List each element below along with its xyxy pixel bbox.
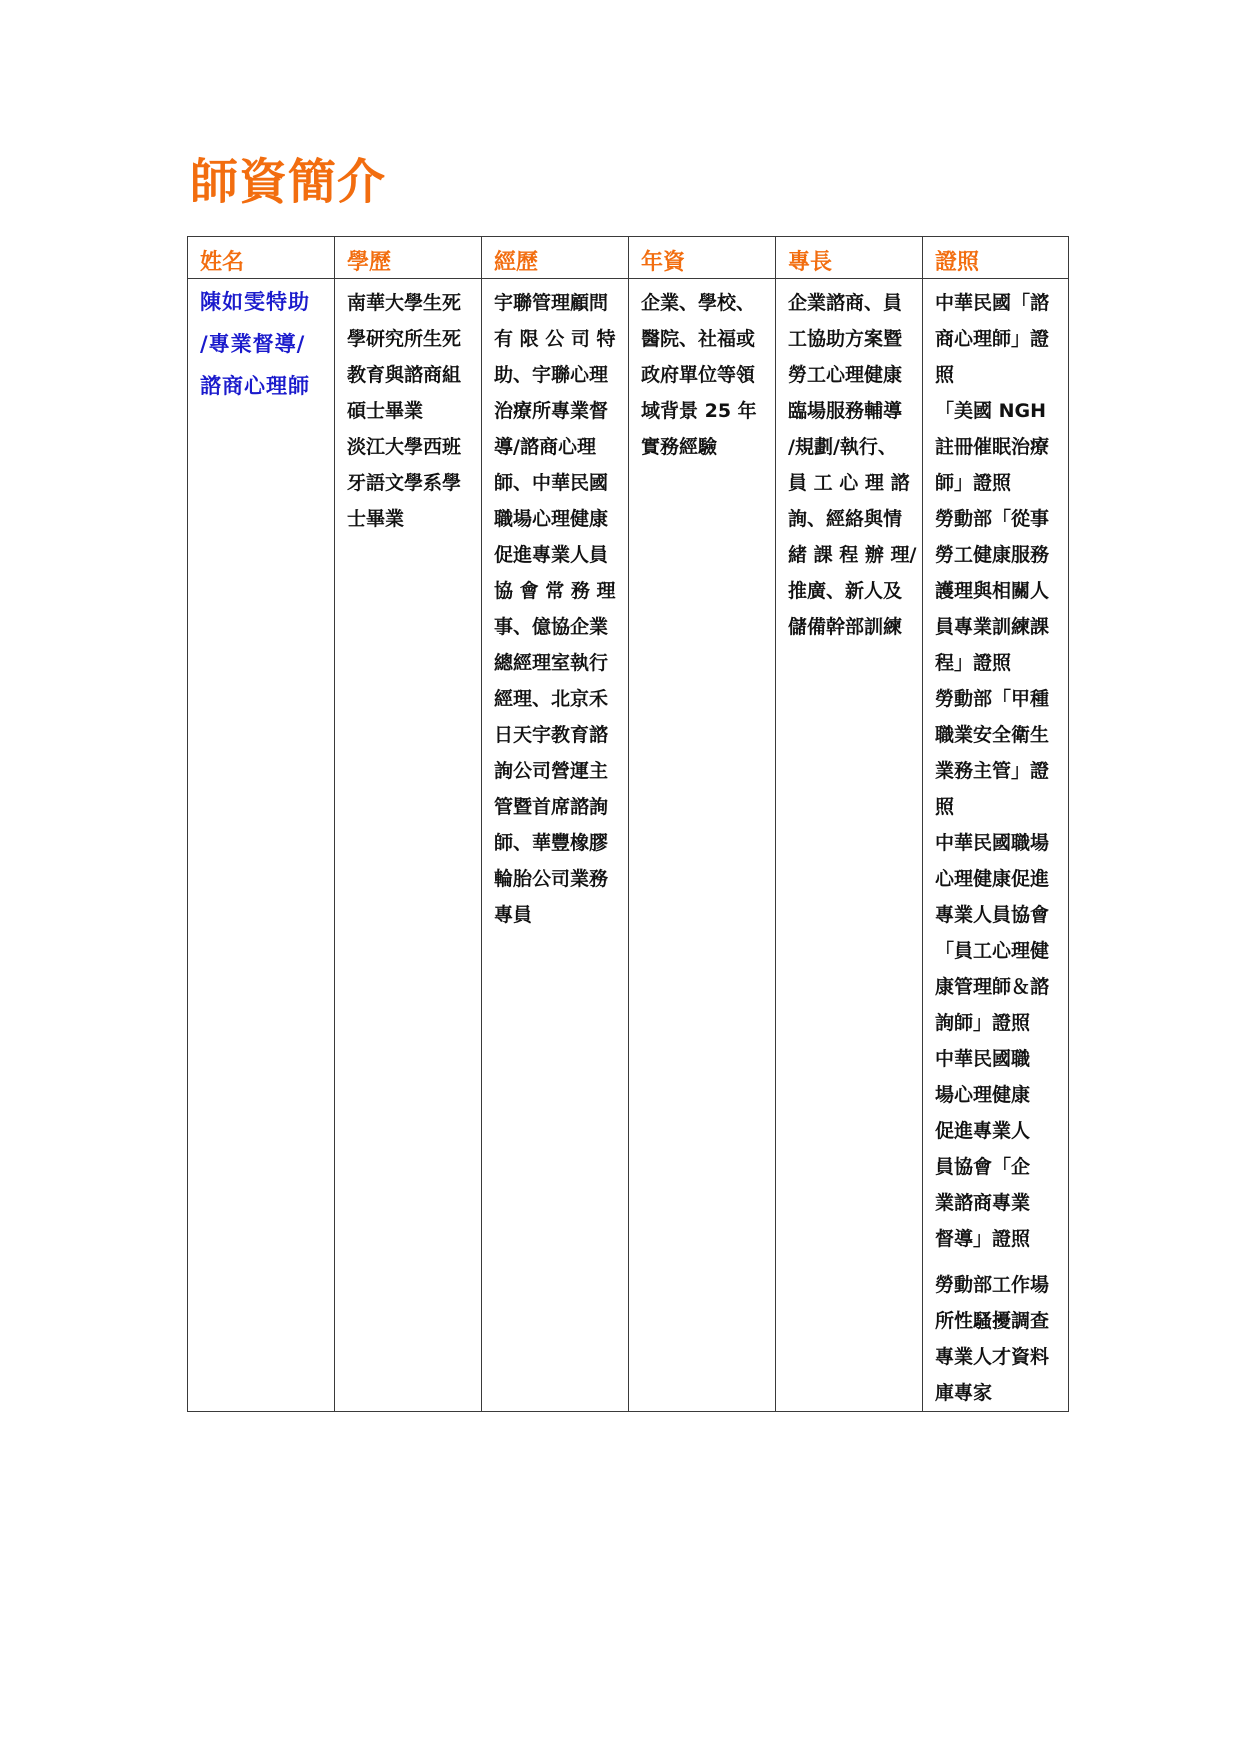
cell-text-line: 管暨首席諮詢 — [494, 789, 620, 825]
cell-text-line: 業務主管」證 — [935, 753, 1060, 789]
cell-text-line: 有 限 公 司 特 — [494, 321, 620, 357]
cell-text-line: 中華民國「諮 — [935, 285, 1060, 321]
cell-text-line: 勞動部工作場 — [935, 1267, 1060, 1303]
cell-text-line: 註冊催眠治療 — [935, 429, 1060, 465]
cell-text-line: 緒 課 程 辦 理/ — [788, 537, 914, 573]
cell-text-line: 詢師」證照 — [935, 1005, 1060, 1041]
cell-text-line: 專業人才資料 — [935, 1339, 1060, 1375]
cell-text-line: 「美國 NGH — [935, 393, 1060, 429]
cell-text-line: 總經理室執行 — [494, 645, 620, 681]
column-header-certificates: 證照 — [923, 237, 1069, 279]
cell-text-line: 勞動部「從事 — [935, 501, 1060, 537]
table-row: 陳如雯特助/專業督導/諮商心理師 南華大學生死學研究所生死教育與諮商組碩士畢業淡… — [188, 279, 1069, 1412]
cell-text-line: /規劃/執行、 — [788, 429, 914, 465]
page-title: 師資簡介 — [190, 158, 386, 206]
cell-text-line: 南華大學生死 — [347, 285, 473, 321]
column-header-name: 姓名 — [188, 237, 335, 279]
cell-text-line: 心理健康促進 — [935, 861, 1060, 897]
cell-text-line: 師、中華民國 — [494, 465, 620, 501]
cell-text-line: 教育與諮商組 — [347, 357, 473, 393]
cell-certificates: 中華民國「諮商心理師」證照「美國 NGH註冊催眠治療師」證照勞動部「從事勞工健康… — [923, 279, 1069, 1412]
cell-text-line: 企業諮商、員 — [788, 285, 914, 321]
certificates-list: 中華民國「諮商心理師」證照「美國 NGH註冊催眠治療師」證照勞動部「從事勞工健康… — [935, 285, 1060, 1257]
cell-text-line: 經理、北京禾 — [494, 681, 620, 717]
cell-text-line: 專員 — [494, 897, 620, 933]
table-header-row: 姓名 學歷 經歷 年資 專長 證照 — [188, 237, 1069, 279]
cell-text-line: 導/諮商心理 — [494, 429, 620, 465]
cell-text-line: 專業人員協會 — [935, 897, 1060, 933]
cell-text-line: 師、華豐橡膠 — [494, 825, 620, 861]
cell-text-line: 日天宇教育諮 — [494, 717, 620, 753]
cell-text-line: 企業、學校、 — [641, 285, 767, 321]
cell-text-line: 實務經驗 — [641, 429, 767, 465]
cell-text-line: 照 — [935, 357, 1060, 393]
cell-text-line: 工協助方案暨 — [788, 321, 914, 357]
cell-text-line: 所性騷擾調查 — [935, 1303, 1060, 1339]
cell-text-line: /專業督導/ — [200, 323, 326, 365]
cell-experience: 宇聯管理顧問有 限 公 司 特助、宇聯心理治療所專業督導/諮商心理師、中華民國職… — [482, 279, 629, 1412]
cell-text-line: 庫專家 — [935, 1375, 1060, 1411]
cell-text-line: 政府單位等領 — [641, 357, 767, 393]
cell-text-line: 宇聯管理顧問 — [494, 285, 620, 321]
cell-text-line: 域背景 25 年 — [641, 393, 767, 429]
cell-text-line: 商心理師」證 — [935, 321, 1060, 357]
cell-text-line: 促進專業人 — [935, 1113, 1060, 1149]
cell-text-line: 勞工健康服務 — [935, 537, 1060, 573]
cell-text-line: 照 — [935, 789, 1060, 825]
cell-text-line: 督導」證照 — [935, 1221, 1060, 1257]
cell-text-line: 治療所專業督 — [494, 393, 620, 429]
certificates-extra: 勞動部工作場所性騷擾調查專業人才資料庫專家 — [935, 1267, 1060, 1411]
cell-seniority: 企業、學校、醫院、社福或政府單位等領域背景 25 年實務經驗 — [629, 279, 776, 1412]
cell-text-line: 詢、經絡與情 — [788, 501, 914, 537]
cell-text-line: 推廣、新人及 — [788, 573, 914, 609]
column-header-expertise: 專長 — [776, 237, 923, 279]
cell-text-line: 詢公司營運主 — [494, 753, 620, 789]
cell-text-line: 師」證照 — [935, 465, 1060, 501]
cell-text-line: 助、宇聯心理 — [494, 357, 620, 393]
cell-text-line: 員專業訓練課 — [935, 609, 1060, 645]
cell-text-line: 儲備幹部訓練 — [788, 609, 914, 645]
cell-text-line: 員協會「企 — [935, 1149, 1060, 1185]
cell-text-line: 醫院、社福或 — [641, 321, 767, 357]
cell-text-line: 士畢業 — [347, 501, 473, 537]
cell-text-line: 臨場服務輔導 — [788, 393, 914, 429]
cell-text-line: 勞工心理健康 — [788, 357, 914, 393]
column-header-education: 學歷 — [335, 237, 482, 279]
cell-text-line: 護理與相關人 — [935, 573, 1060, 609]
cell-text-line: 陳如雯特助 — [200, 281, 326, 323]
cell-text-line: 輪胎公司業務 — [494, 861, 620, 897]
cell-text-line: 中華民國職場 — [935, 825, 1060, 861]
column-header-seniority: 年資 — [629, 237, 776, 279]
cell-text-line: 程」證照 — [935, 645, 1060, 681]
cell-text-line: 勞動部「甲種 — [935, 681, 1060, 717]
cell-text-line: 促進專業人員 — [494, 537, 620, 573]
cell-text-line: 康管理師＆諮 — [935, 969, 1060, 1005]
cell-education: 南華大學生死學研究所生死教育與諮商組碩士畢業淡江大學西班牙語文學系學士畢業 — [335, 279, 482, 1412]
cell-text-line: 學研究所生死 — [347, 321, 473, 357]
cell-text-line: 業諮商專業 — [935, 1185, 1060, 1221]
cell-text-line: 協 會 常 務 理 — [494, 573, 620, 609]
cell-text-line: 淡江大學西班 — [347, 429, 473, 465]
cell-text-line: 員 工 心 理 諮 — [788, 465, 914, 501]
cell-text-line: 碩士畢業 — [347, 393, 473, 429]
cell-text-line: 牙語文學系學 — [347, 465, 473, 501]
instructor-table: 姓名 學歷 經歷 年資 專長 證照 陳如雯特助/專業督導/諮商心理師 南華大學生… — [187, 236, 1069, 1412]
column-header-experience: 經歷 — [482, 237, 629, 279]
cell-name: 陳如雯特助/專業督導/諮商心理師 — [188, 279, 335, 1412]
cell-text-line: 中華民國職 — [935, 1041, 1060, 1077]
cell-text-line: 諮商心理師 — [200, 365, 326, 407]
cell-text-line: 場心理健康 — [935, 1077, 1060, 1113]
cell-text-line: 職場心理健康 — [494, 501, 620, 537]
cell-text-line: 事、億協企業 — [494, 609, 620, 645]
cell-expertise: 企業諮商、員工協助方案暨勞工心理健康臨場服務輔導/規劃/執行、員 工 心 理 諮… — [776, 279, 923, 1412]
cell-text-line: 「員工心理健 — [935, 933, 1060, 969]
cell-text-line: 職業安全衛生 — [935, 717, 1060, 753]
